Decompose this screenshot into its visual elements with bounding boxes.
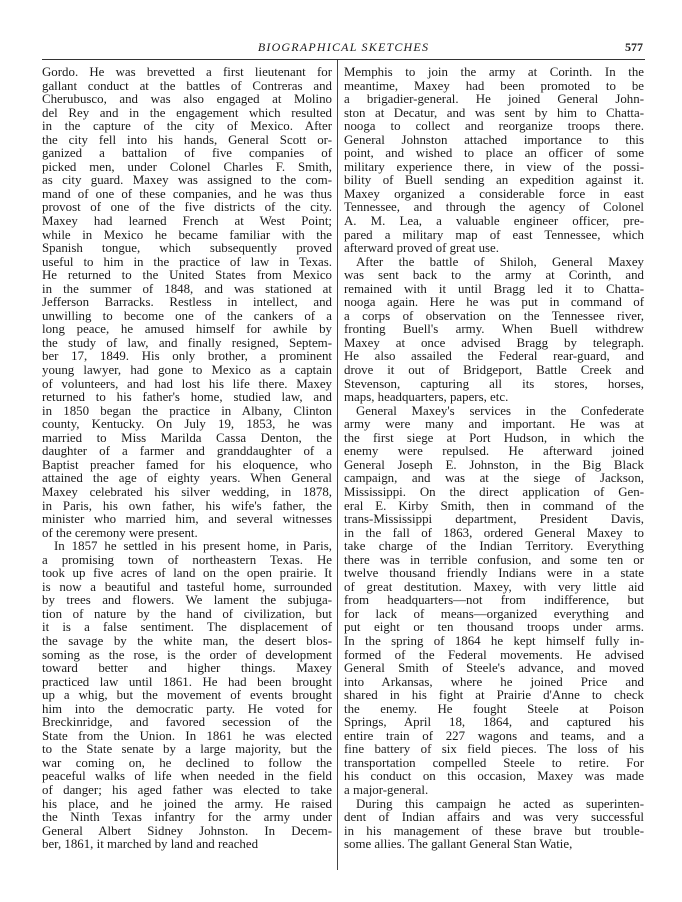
- text-line: practiced law until 1861. He had been br…: [42, 676, 332, 690]
- running-head: BIOGRAPHICAL SKETCHES 577: [42, 38, 645, 56]
- text-line: General Johnston attached importance to …: [344, 134, 644, 148]
- text-line: daughter of a farmer and granddaughter o…: [42, 445, 332, 459]
- text-line: trans-Mississippi department, President …: [344, 513, 644, 527]
- text-line: Maxey had learned French at West Point;: [42, 215, 332, 229]
- text-line: is now a beautiful and tasteful home, su…: [42, 581, 332, 595]
- text-line: useful to him in the practice of law in …: [42, 256, 332, 270]
- text-line: tion of nature by the hand of civilizati…: [42, 608, 332, 622]
- text-line: in the capture of the city of Mexico. Af…: [42, 120, 332, 134]
- text-line: twelve thousand friendly Indians were in…: [344, 567, 644, 581]
- column-divider: [337, 60, 338, 870]
- text-line: in the summer of 1848, and was stationed…: [42, 283, 332, 297]
- text-line: unwilling to become one of the cankers o…: [42, 310, 332, 324]
- text-line: Springs, April 18, 1864, and captured hi…: [344, 716, 644, 730]
- text-line: entire train of 227 wagons and teams, an…: [344, 730, 644, 744]
- text-line: up a whig, but the movement of events br…: [42, 689, 332, 703]
- text-line: the first siege at Port Hudson, in which…: [344, 432, 644, 446]
- text-line: remained with it until Bragg led it to C…: [344, 283, 644, 297]
- text-line: bility of Buell sending an expedition ag…: [344, 174, 644, 188]
- text-line: a major-general.: [344, 784, 644, 798]
- text-line: fine battery of six field pieces. The lo…: [344, 743, 644, 757]
- text-line: of volunteers, and had lost his life the…: [42, 378, 332, 392]
- text-line: nooga to collect and reorganize troops t…: [344, 120, 644, 134]
- text-line: the city fell into his hands, General Sc…: [42, 134, 332, 148]
- text-line: was sent back to the army at Corinth, an…: [344, 269, 644, 283]
- text-line: ber, 1861, it marched by land and reache…: [42, 838, 332, 852]
- text-line: of danger; his aged father was elected t…: [42, 784, 332, 798]
- text-line: ganized a battalion of five companies of: [42, 147, 332, 161]
- header-rule: [42, 59, 645, 60]
- text-line: by trees and flowers. We lament the subj…: [42, 594, 332, 608]
- text-line: provost of one of the five districts of …: [42, 201, 332, 215]
- text-line: Stevenson, capturing all its stores, hor…: [344, 378, 644, 392]
- text-line: transportation compelled Steele to retir…: [344, 757, 644, 771]
- text-line: war coming on, he declined to follow the: [42, 757, 332, 771]
- text-line: some allies. The gallant General Stan Wa…: [344, 838, 644, 852]
- page-number: 577: [625, 40, 643, 55]
- text-line: took up five acres of land on the open p…: [42, 567, 332, 581]
- text-line: drove it out of Bridgeport, Battle Creek…: [344, 364, 644, 378]
- text-line: General Albert Sidney Johnston. In Decem…: [42, 825, 332, 839]
- text-line: nooga again. Here he was put in command …: [344, 296, 644, 310]
- text-line: attained the age of eighty years. When G…: [42, 472, 332, 486]
- text-line: In 1857 he settled in his present home, …: [42, 540, 332, 554]
- text-line: toward better and higher things. Maxey: [42, 662, 332, 676]
- right-column: Memphis to join the army at Corinth. In …: [344, 66, 644, 852]
- text-line: army were many and important. He was at: [344, 418, 644, 432]
- text-line: in Paris, his own father, his wife's fat…: [42, 500, 332, 514]
- text-line: soming as the rose, is the order of deve…: [42, 649, 332, 663]
- text-line: put eight or ten thousand troops under a…: [344, 621, 644, 635]
- text-line: He also assailed the Federal rear-guard,…: [344, 350, 644, 364]
- text-line: of great destitution. Maxey, with very l…: [344, 581, 644, 595]
- text-line: gallant conduct at the battles of Contre…: [42, 80, 332, 94]
- text-line: fronting Buell's army. When Buell withdr…: [344, 323, 644, 337]
- text-line: eral E. Kirby Smith, then in command of …: [344, 500, 644, 514]
- text-line: in 1850 began the practice in Albany, Cl…: [42, 405, 332, 419]
- text-line: a promising town of northeastern Texas. …: [42, 554, 332, 568]
- text-line: pared a military map of east Tennessee, …: [344, 229, 644, 243]
- text-line: General Maxey's services in the Confeder…: [344, 405, 644, 419]
- text-line: into Arkansas, where he joined Price and: [344, 676, 644, 690]
- text-line: State from the Union. In 1861 he was ele…: [42, 730, 332, 744]
- text-line: del Rey and in the engagement which resu…: [42, 107, 332, 121]
- text-line: of the ceremony were present.: [42, 527, 332, 541]
- text-line: Cherubusco, and was also engaged at Moli…: [42, 93, 332, 107]
- text-line: dent of Indian affairs and was very succ…: [344, 811, 644, 825]
- text-line: Maxey organized a considerable force in …: [344, 188, 644, 202]
- text-line: formed of the Federal movements. He advi…: [344, 649, 644, 663]
- text-line: in the fall of 1863, ordered General Max…: [344, 527, 644, 541]
- text-line: In the spring of 1864 he kept himself fu…: [344, 635, 644, 649]
- text-line: Baptist preacher famed for his eloquence…: [42, 459, 332, 473]
- text-line: the study of law, and finally resigned, …: [42, 337, 332, 351]
- text-line: General Smith of Steele's advance, and m…: [344, 662, 644, 676]
- text-line: maps, headquarters, papers, etc.: [344, 391, 644, 405]
- book-page: BIOGRAPHICAL SKETCHES 577 Gordo. He was …: [0, 0, 682, 902]
- text-line: picked men, under Colonel Charles F. Smi…: [42, 161, 332, 175]
- text-line: the Ninth Texas infantry for the army un…: [42, 811, 332, 825]
- text-line: military experience there, in view of th…: [344, 161, 644, 175]
- text-line: there was in terrible confusion, and som…: [344, 554, 644, 568]
- text-line: from headquarters—not from indifference,…: [344, 594, 644, 608]
- text-line: his conduct on this occasion, Maxey was …: [344, 770, 644, 784]
- text-line: him into the democratic party. He voted …: [42, 703, 332, 717]
- text-line: a corps of observation on the Tennessee …: [344, 310, 644, 324]
- text-line: Maxey celebrated his silver wedding, in …: [42, 486, 332, 500]
- text-line: Tennessee, and through the agency of Col…: [344, 201, 644, 215]
- text-line: General Joseph E. Johnston, in the Big B…: [344, 459, 644, 473]
- text-line: campaign, and was at the siege of Jackso…: [344, 472, 644, 486]
- running-title: BIOGRAPHICAL SKETCHES: [42, 40, 645, 55]
- left-column: Gordo. He was brevetted a first lieutena…: [42, 66, 332, 852]
- text-line: it is a false sentiment. The displacemen…: [42, 621, 332, 635]
- text-line: mand of one of these companies, and he w…: [42, 188, 332, 202]
- text-line: Jefferson Barracks. Restless in intellec…: [42, 296, 332, 310]
- text-line: enemy were repulsed. He afterward joined: [344, 445, 644, 459]
- text-line: peaceful walks of life when needed in th…: [42, 770, 332, 784]
- text-line: meantime, Maxey had been promoted to be: [344, 80, 644, 94]
- text-line: long peace, he amused himself for awhile…: [42, 323, 332, 337]
- text-line: a brigadier-general. He joined General J…: [344, 93, 644, 107]
- text-line: to the State senate by a large majority,…: [42, 743, 332, 757]
- text-line: Memphis to join the army at Corinth. In …: [344, 66, 644, 80]
- text-line: A. M. Lea, a valuable engineer officer, …: [344, 215, 644, 229]
- text-line: young lawyer, had gone to Mexico as a ca…: [42, 364, 332, 378]
- text-line: county, Kentucky. On July 19, 1853, he w…: [42, 418, 332, 432]
- text-line: take charge of the Indian Territory. Eve…: [344, 540, 644, 554]
- text-line: He returned to the United States from Me…: [42, 269, 332, 283]
- text-line: During this campaign he acted as superin…: [344, 798, 644, 812]
- text-line: Spanish tongue, which subsequently prove…: [42, 242, 332, 256]
- text-line: minister who married him, and several wi…: [42, 513, 332, 527]
- text-line: Maxey at once advised Bragg by telegraph…: [344, 337, 644, 351]
- text-line: ber 17, 1849. His only brother, a promin…: [42, 350, 332, 364]
- text-line: as city guard. Maxey was assigned to the…: [42, 174, 332, 188]
- text-line: married to Miss Marilda Cassa Denton, th…: [42, 432, 332, 446]
- text-line: Gordo. He was brevetted a first lieutena…: [42, 66, 332, 80]
- text-line: returned to his father's home, studied l…: [42, 391, 332, 405]
- text-line: point, and wished to place an officer of…: [344, 147, 644, 161]
- text-line: After the battle of Shiloh, General Maxe…: [344, 256, 644, 270]
- text-line: shared in his fight at Prairie d'Anne to…: [344, 689, 644, 703]
- text-line: in his management of these brave but tro…: [344, 825, 644, 839]
- text-line: Mississippi. On the direct application o…: [344, 486, 644, 500]
- text-line: for lack of means—organized everything a…: [344, 608, 644, 622]
- text-line: his place, and he joined the army. He ra…: [42, 798, 332, 812]
- text-line: the enemy. He fought Steele at Poison: [344, 703, 644, 717]
- text-line: Breckinridge, and favored secession of t…: [42, 716, 332, 730]
- text-line: ston at Decatur, and was sent by him to …: [344, 107, 644, 121]
- text-line: afterward proved of great use.: [344, 242, 644, 256]
- text-line: the savage by the white man, the desert …: [42, 635, 332, 649]
- text-line: while in Mexico he became familiar with …: [42, 229, 332, 243]
